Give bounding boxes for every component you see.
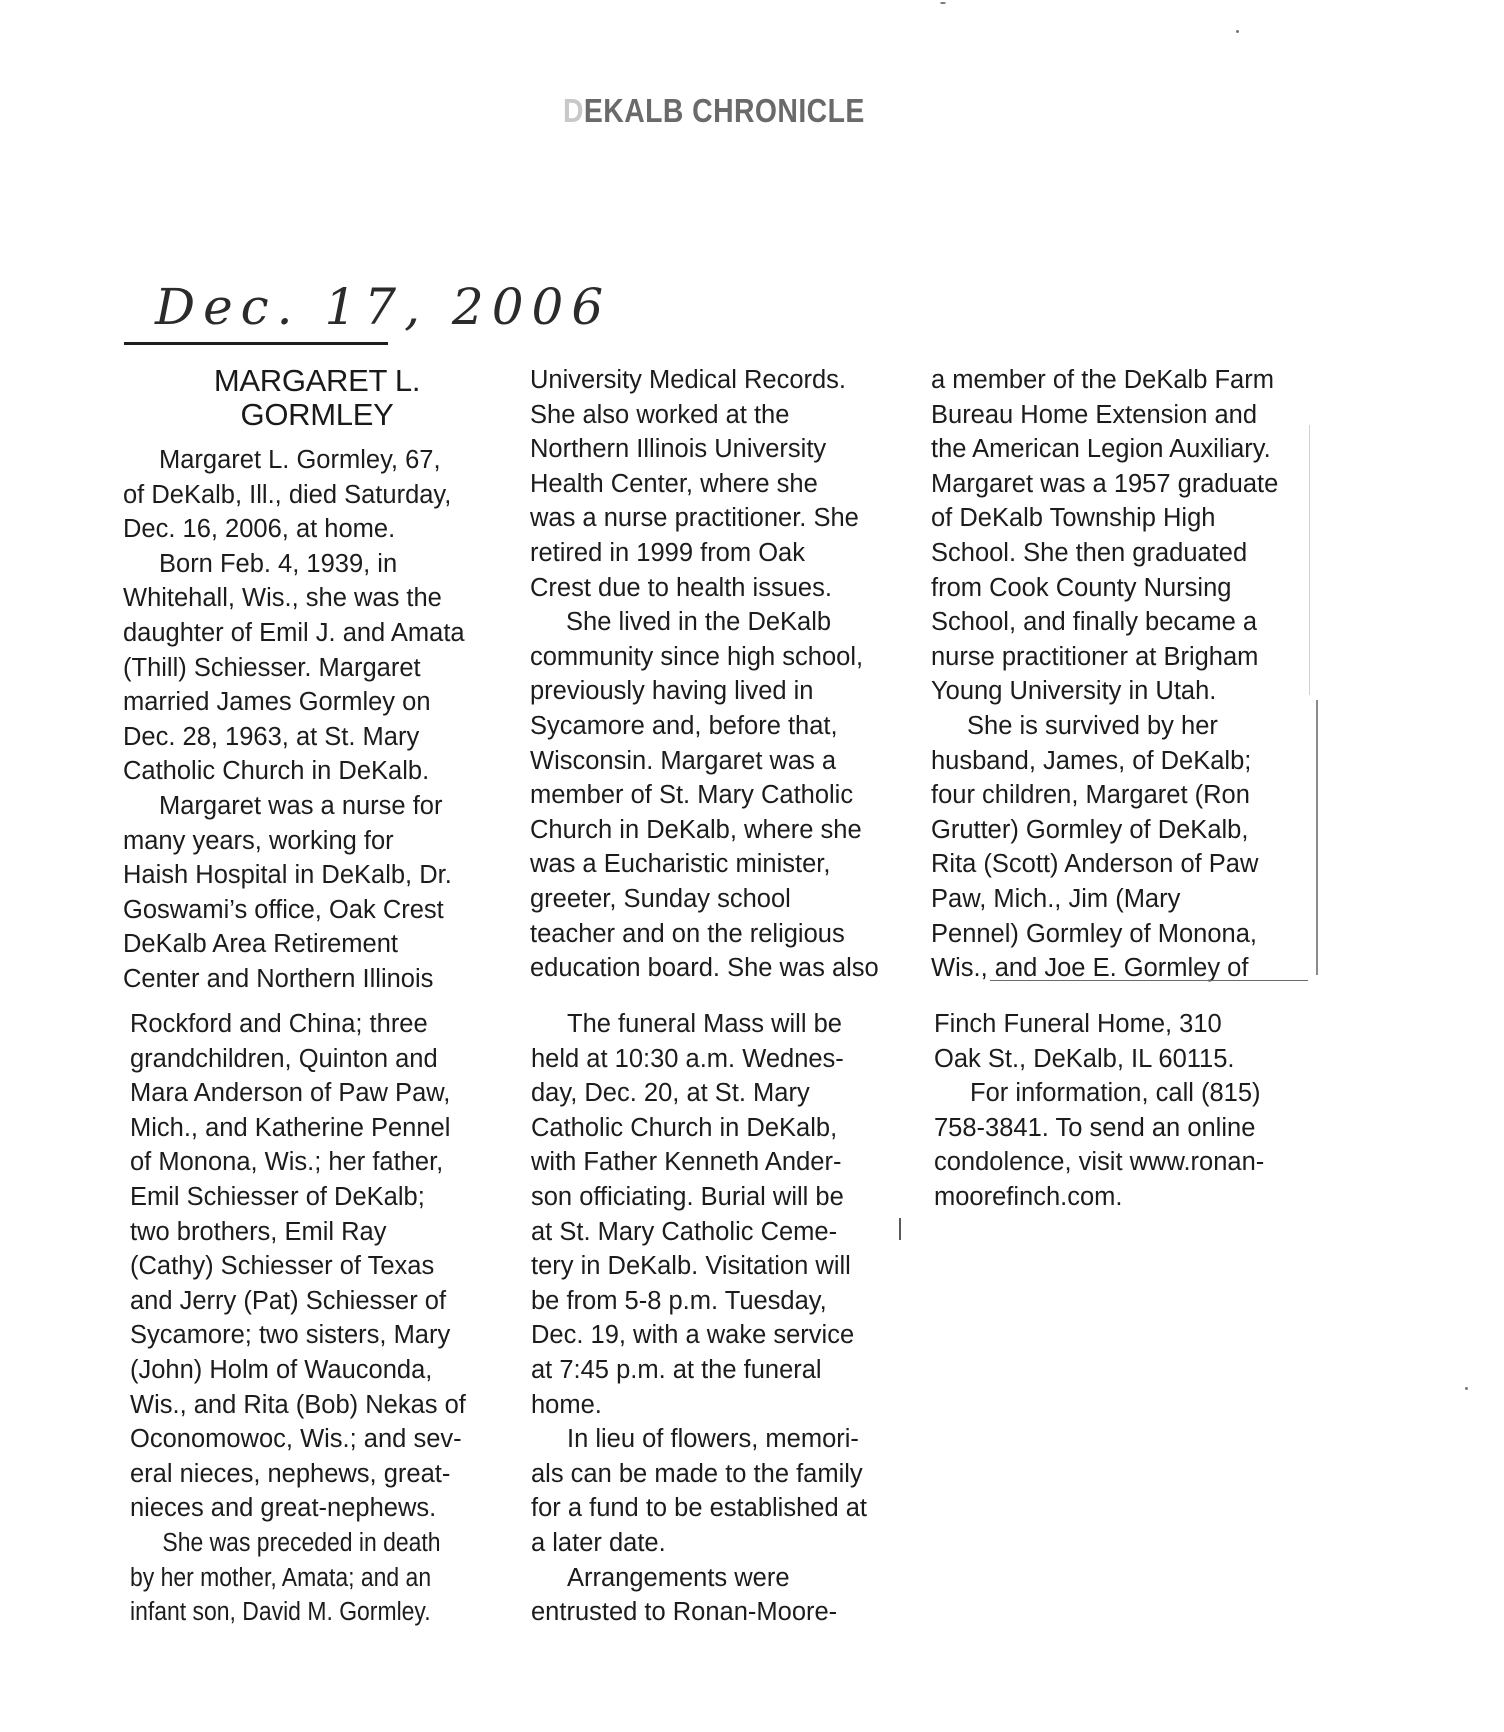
headline-line-1: MARGARET L. [122, 364, 512, 398]
text-line: Emil Schiesser of DeKalb; [130, 1180, 475, 1215]
text-line: Rita (Scott) Anderson of Paw [931, 847, 1278, 882]
text-line: Wisconsin. Margaret was a [530, 744, 879, 779]
text-line: Goswami’s office, Oak Crest [123, 893, 465, 928]
text-line: greeter, Sunday school [530, 882, 879, 917]
text-line: Whitehall, Wis., she was the [123, 581, 465, 616]
column-bottom-middle: The funeral Mass will beheld at 10:30 a.… [531, 1007, 867, 1630]
text-line: She also worked at the [530, 398, 879, 433]
obituary-headline: MARGARET L. GORMLEY [122, 364, 512, 432]
text-line: from Cook County Nursing [931, 571, 1278, 606]
text-line: nieces and great-nephews. [130, 1491, 475, 1526]
column-bottom-left: Rockford and China; threegrandchildren, … [130, 1007, 475, 1630]
newspaper-masthead: DEKALB CHRONICLE [563, 92, 865, 130]
text-line: Paw, Mich., Jim (Mary [931, 882, 1278, 917]
text-line: daughter of Emil J. and Amata [123, 616, 465, 651]
text-line: Catholic Church in DeKalb. [123, 754, 465, 789]
scan-speck [1465, 1387, 1468, 1390]
text-line: at St. Mary Catholic Ceme- [531, 1215, 867, 1250]
text-line: Center and Northern Illinois [123, 962, 465, 997]
text-line: (Thill) Schiesser. Margaret [123, 651, 465, 686]
text-line: community since high school, [530, 640, 879, 675]
text-line: In lieu of flowers, memori- [531, 1422, 867, 1457]
text-line: Arrangements were [531, 1561, 867, 1596]
clipping-edge-right-faint [1309, 425, 1310, 695]
text-line: member of St. Mary Catholic [530, 778, 879, 813]
text-line: by her mother, Amata; and an [130, 1561, 441, 1596]
text-line: moorefinch.com. [934, 1180, 1264, 1215]
text-line: married James Gormley on [123, 685, 465, 720]
text-line: Mich., and Katherine Pennel [130, 1111, 475, 1146]
text-line: tery in DeKalb. Visitation will [531, 1249, 867, 1284]
text-line: als can be made to the family [531, 1457, 867, 1492]
text-line: Wis., and Rita (Bob) Nekas of [130, 1388, 475, 1423]
text-line: For information, call (815) [934, 1076, 1264, 1111]
text-line: and Jerry (Pat) Schiesser of [130, 1284, 475, 1319]
text-line: Catholic Church in DeKalb, [531, 1111, 867, 1146]
text-line: Dec. 28, 1963, at St. Mary [123, 720, 465, 755]
text-line: 758-3841. To send an online [934, 1111, 1264, 1146]
clipping-edge-right [1316, 700, 1318, 975]
scan-speck [1236, 30, 1239, 33]
text-line: Oconomowoc, Wis.; and sev- [130, 1422, 475, 1457]
text-line: the American Legion Auxiliary. [931, 432, 1278, 467]
column-top-left: Margaret L. Gormley, 67,of DeKalb, Ill.,… [123, 443, 465, 997]
clipping-edge-bottom [990, 980, 1308, 981]
text-line: School, and finally became a [931, 605, 1278, 640]
text-line: of Monona, Wis.; her father, [130, 1145, 475, 1180]
text-line: eral nieces, nephews, great- [130, 1457, 475, 1492]
text-line: condolence, visit www.ronan- [934, 1145, 1264, 1180]
text-line: grandchildren, Quinton and [130, 1042, 475, 1077]
text-line: Finch Funeral Home, 310 [934, 1007, 1264, 1042]
text-line: Dec. 19, with a wake service [531, 1318, 867, 1353]
text-line: (Cathy) Schiesser of Texas [130, 1249, 475, 1284]
column-top-middle: University Medical Records.She also work… [530, 363, 879, 986]
text-line: Dec. 16, 2006, at home. [123, 512, 465, 547]
text-line: Northern Illinois University [530, 432, 879, 467]
text-line: Oak St., DeKalb, IL 60115. [934, 1042, 1264, 1077]
text-line: for a fund to be established at [531, 1491, 867, 1526]
text-line: Bureau Home Extension and [931, 398, 1278, 433]
text-line: Margaret L. Gormley, 67, [123, 443, 465, 478]
headline-line-2: GORMLEY [122, 398, 512, 432]
text-line: a member of the DeKalb Farm [931, 363, 1278, 398]
text-line: She is survived by her [931, 709, 1278, 744]
text-line: education board. She was also [530, 951, 879, 986]
text-line: at 7:45 p.m. at the funeral [531, 1353, 867, 1388]
text-line: teacher and on the religious [530, 917, 879, 952]
scan-speck [940, 2, 946, 4]
text-line: Pennel) Gormley of Monona, [931, 917, 1278, 952]
clipping-edge-mark [899, 1218, 901, 1240]
text-line: Margaret was a nurse for [123, 789, 465, 824]
text-line: many years, working for [123, 824, 465, 859]
text-line: home. [531, 1388, 867, 1423]
text-line: of DeKalb, Ill., died Saturday, [123, 478, 465, 513]
text-line: previously having lived in [530, 674, 879, 709]
text-line: Haish Hospital in DeKalb, Dr. [123, 858, 465, 893]
handwritten-date: Dec. 17, 2006 [155, 278, 611, 336]
text-line: University Medical Records. [530, 363, 879, 398]
masthead-faded-letter: D [563, 92, 584, 129]
text-line: of DeKalb Township High [931, 501, 1278, 536]
text-line: infant son, David M. Gormley. [130, 1595, 441, 1630]
text-line: Young University in Utah. [931, 674, 1278, 709]
text-line: was a nurse practitioner. She [530, 501, 879, 536]
handwritten-date-underline [124, 342, 388, 345]
masthead-title: EKALB CHRONICLE [584, 92, 865, 129]
text-line: Sycamore; two sisters, Mary [130, 1318, 475, 1353]
text-line: was a Eucharistic minister, [530, 847, 879, 882]
text-line: Crest due to health issues. [530, 571, 879, 606]
text-line: She lived in the DeKalb [530, 605, 879, 640]
text-line: DeKalb Area Retirement [123, 927, 465, 962]
text-line: Mara Anderson of Paw Paw, [130, 1076, 475, 1111]
column-top-right: a member of the DeKalb FarmBureau Home E… [931, 363, 1278, 986]
text-line: day, Dec. 20, at St. Mary [531, 1076, 867, 1111]
text-line: Sycamore and, before that, [530, 709, 879, 744]
text-line: retired in 1999 from Oak [530, 536, 879, 571]
text-line: entrusted to Ronan-Moore- [531, 1595, 867, 1630]
text-line: two brothers, Emil Ray [130, 1215, 475, 1250]
text-line: Health Center, where she [530, 467, 879, 502]
text-line: four children, Margaret (Ron [931, 778, 1278, 813]
text-line: a later date. [531, 1526, 867, 1561]
text-line: (John) Holm of Wauconda, [130, 1353, 475, 1388]
text-line: held at 10:30 a.m. Wednes- [531, 1042, 867, 1077]
text-line: husband, James, of DeKalb; [931, 744, 1278, 779]
text-line: nurse practitioner at Brigham [931, 640, 1278, 675]
column-bottom-right: Finch Funeral Home, 310Oak St., DeKalb, … [934, 1007, 1264, 1215]
text-line: Born Feb. 4, 1939, in [123, 547, 465, 582]
text-line: be from 5-8 p.m. Tuesday, [531, 1284, 867, 1319]
text-line: Margaret was a 1957 graduate [931, 467, 1278, 502]
text-line: Grutter) Gormley of DeKalb, [931, 813, 1278, 848]
text-line: Church in DeKalb, where she [530, 813, 879, 848]
text-line: with Father Kenneth Ander- [531, 1145, 867, 1180]
text-line: She was preceded in death [130, 1526, 441, 1561]
text-line: Rockford and China; three [130, 1007, 475, 1042]
text-line: son officiating. Burial will be [531, 1180, 867, 1215]
text-line: School. She then graduated [931, 536, 1278, 571]
text-line: The funeral Mass will be [531, 1007, 867, 1042]
